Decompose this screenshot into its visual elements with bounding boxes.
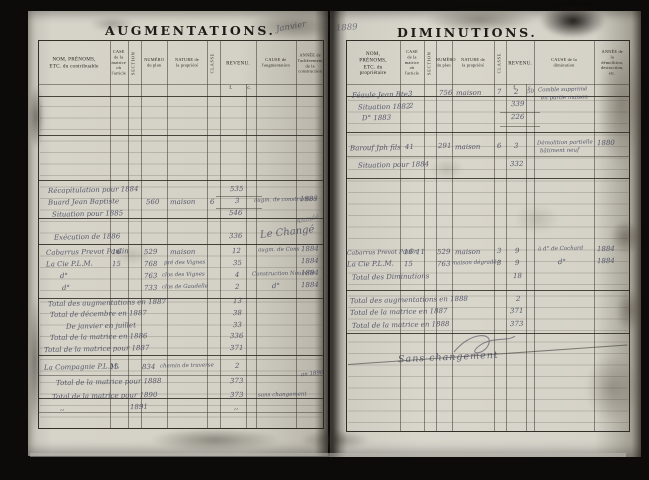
col-header-section-right: SECTION (424, 42, 436, 84)
grid-line (534, 40, 535, 431)
col-header-nature-left: NATURE de la propriété (167, 42, 207, 84)
entry-revenu: 373 (230, 377, 244, 385)
entry-name: Buard Jean Baptiste (48, 197, 119, 206)
col-header-name-left: NOM, PRÉNOMS, ETC. du contribuable (38, 42, 110, 84)
entry-case-bis: 11 (416, 248, 425, 256)
entry-cause: augm. de Cons (258, 247, 300, 254)
entry-numero: 733 (144, 284, 158, 292)
entry-nature: maison (455, 143, 481, 152)
entry-nature: pré des Vignes (164, 260, 205, 267)
entry-classe: 3 (497, 259, 502, 267)
entry-revenu: 535 (230, 185, 244, 193)
entry-classe: 3 (497, 247, 502, 255)
grid-line (38, 412, 324, 413)
col-header-numero-right: NUMÉRO du plan (436, 42, 452, 84)
col-header-cause-right: CAUSE de la diminution (534, 42, 594, 84)
entry-numero: 560 (146, 198, 160, 206)
entry-nature: maison (170, 198, 196, 207)
page-bottom-edge (30, 453, 626, 457)
col-header-cause-left: CAUSE de l'augmentation (256, 42, 296, 84)
entry-revenu: 373 (230, 391, 244, 399)
entry-numero: 291 (438, 142, 452, 150)
col-header-annee-left: ANNÉE de l'achèvement de la construction (296, 42, 324, 84)
entry-nature: maison (455, 248, 481, 257)
entry-cause: Démolition partielle (537, 139, 593, 146)
entry-nature: clos des Vignes (162, 272, 205, 279)
entry-name: Situation 1882 (358, 102, 410, 111)
grid-line (38, 135, 324, 136)
entry-cause: d° (272, 282, 280, 290)
entry-classe: 6 (210, 198, 215, 206)
entry-numero: 763 (144, 272, 158, 280)
scan-edge-top (0, 0, 649, 11)
entry-nature: maison (170, 248, 196, 257)
entry-revenu: 38 (233, 309, 242, 317)
entry-case: 16 (404, 248, 413, 256)
entry-case: 15 (404, 260, 413, 268)
entry-name: La Cie P.L.M. (347, 260, 394, 269)
entry-name: d° (60, 272, 68, 280)
entry-revenu: 373 (510, 320, 524, 328)
entry-name: La Compagnie P.L.M. (44, 362, 119, 372)
entry-cause: sans changement (258, 391, 307, 398)
entry-numero: 834 (142, 363, 156, 371)
entry-cause-line2: bâtiment neuf (540, 148, 579, 155)
entry-cause: d° (558, 258, 566, 266)
grid-line (38, 244, 324, 245)
entry-case: 16 (112, 248, 121, 256)
entry-case: 3 (408, 90, 413, 98)
col-header-nature-right: NATURE de la propriété (452, 42, 494, 84)
entry-revenu: 371 (510, 307, 524, 315)
col-header-numero-left: NUMÉRO du plan (141, 42, 167, 84)
entry-revenu: 2 (514, 88, 519, 96)
entry-revenu: 332 (510, 160, 524, 168)
entry-annee: 1884 (301, 269, 319, 277)
grid-line (436, 40, 437, 431)
grid-line (38, 355, 324, 356)
entry-revenu: 546 (229, 209, 243, 217)
entry-revenu: 4 (235, 271, 240, 279)
entry-revenu: 13 (233, 297, 242, 305)
grid-line (256, 40, 257, 428)
entry-numero: 763 (437, 260, 451, 268)
scan-edge-bottom (0, 457, 649, 480)
grid-line (207, 40, 208, 428)
entry-annee: 1884 (597, 245, 615, 253)
grid-line (494, 40, 495, 431)
entry-numero: 529 (144, 248, 158, 256)
entry-name: Situation pour 1885 (52, 209, 123, 218)
entry-annee: 1884 (301, 257, 319, 265)
col-header-classe-right: CLASSE (494, 42, 506, 84)
entry-revenu: ,, (234, 403, 239, 411)
scanned-register-spread: Janvier 1889 AUGMENTATIONS. DIMINUTIONS.… (0, 0, 649, 480)
entry-nature: maison (456, 89, 482, 98)
entry-case: 2 (409, 102, 414, 110)
col-header-revenu-left: REVENU. (220, 42, 256, 84)
col-header-case-left: CASE de la matrice où l'article (110, 42, 128, 84)
grid-line (38, 180, 324, 181)
entry-nature: maison dégradée (452, 259, 500, 266)
entry-revenu: 9 (515, 259, 520, 267)
col-header-classe-left: CLASSE (207, 42, 220, 84)
entry-revenu: 3 (514, 142, 519, 150)
entry-revenu: 33 (233, 321, 242, 329)
col-header-case-right: CASE de la matrice où l'article (400, 42, 424, 84)
grid-line (346, 290, 630, 291)
entry-revenu: 336 (230, 332, 244, 340)
col-header-section-left: SECTION (128, 42, 141, 84)
entry-revenu: 35 (233, 259, 242, 267)
entry-numero: 768 (144, 260, 158, 268)
year-note: 1889 (336, 22, 358, 33)
entry-cause-line2: en partie maison (541, 95, 588, 102)
revenu-subcol-francs: f. (229, 86, 232, 91)
entry-case: 15 (110, 363, 119, 371)
col-header-revenu-right: REVENU. (506, 42, 534, 84)
grid-line (346, 178, 630, 179)
entry-name: De janvier en juillet (66, 321, 136, 330)
entry-name: La Cie P.L.M. (46, 260, 93, 269)
grid-line (346, 132, 630, 133)
scan-edge-right (641, 0, 649, 480)
entry-revenu: 9 (515, 247, 520, 255)
entry-name: d° (62, 284, 70, 292)
left-page-title: AUGMENTATIONS. (105, 23, 245, 38)
grid-line (400, 40, 401, 431)
entry-nature: clos de Gaudelle (162, 284, 208, 291)
entry-cause: à d° de Cochard (538, 246, 583, 253)
entry-annee: 1880 (597, 139, 615, 147)
entry-revenu: 2 (235, 362, 240, 370)
entry-classe: 7 (497, 88, 502, 96)
entry-revenu: 371 (230, 344, 244, 352)
right-page-title: DIMINUTIONS. (397, 25, 537, 40)
entry-annee: 1884 (301, 245, 319, 253)
entry-case: 41 (405, 143, 414, 151)
entry-numero: 756 (439, 89, 453, 97)
grid-line (506, 40, 507, 431)
grid-line (38, 84, 324, 85)
grid-line (594, 40, 595, 431)
grid-line (346, 156, 630, 157)
grid-line (500, 126, 540, 127)
col-header-name-right: NOM, PRÉNOMS, ETC. du propriétaire (346, 42, 400, 84)
entry-annee: 1883 (300, 195, 318, 203)
grid-line (38, 96, 324, 97)
grid-line (220, 40, 221, 428)
scan-edge-left (0, 0, 28, 480)
entry-annee: 1884 (301, 281, 319, 289)
entry-revenu-centimes: 50 (527, 89, 534, 95)
entry-revenu: 2 (516, 295, 521, 303)
entry-revenu: 2 (235, 283, 240, 291)
entry-revenu: 336 (229, 232, 243, 240)
entry-revenu: 3 (235, 197, 240, 205)
grid-line (346, 84, 630, 85)
entry-name: D° 1883 (362, 114, 391, 123)
entry-year: 1891 (130, 403, 148, 411)
grid-line (38, 375, 324, 376)
entry-cause: Comble supprimé (538, 86, 587, 93)
entry-name: Situation pour 1884 (358, 160, 429, 169)
grid-line (424, 40, 425, 431)
grid-line (452, 40, 453, 431)
entry-name: Barouf Jph fils (350, 143, 401, 152)
entry-name: ,, (60, 404, 65, 412)
entry-classe: 6 (497, 142, 502, 150)
entry-annee: 1884 (597, 257, 615, 265)
grid-line (128, 40, 129, 428)
entry-numero: 529 (437, 248, 451, 256)
entry-revenu: 339 (511, 100, 525, 108)
entry-name: Total des Diminutions (352, 272, 429, 282)
entry-name: Féaule Jean Bte (352, 90, 408, 99)
col-header-annee-right: ANNÉE de la démolition, destruction, etc… (594, 42, 630, 84)
grid-line (526, 84, 527, 431)
entry-revenu: 18 (513, 272, 522, 280)
revenu-subcol-centimes: c. (247, 86, 250, 91)
entry-revenu: 12 (232, 247, 241, 255)
entry-nature: chemin de traverse (160, 362, 214, 369)
entry-case: 15 (112, 260, 121, 268)
entry-name: Exécution de 1886 (54, 232, 120, 241)
entry-revenu: 226 (511, 113, 525, 121)
grid-line (38, 218, 324, 219)
grid-line (167, 40, 168, 428)
